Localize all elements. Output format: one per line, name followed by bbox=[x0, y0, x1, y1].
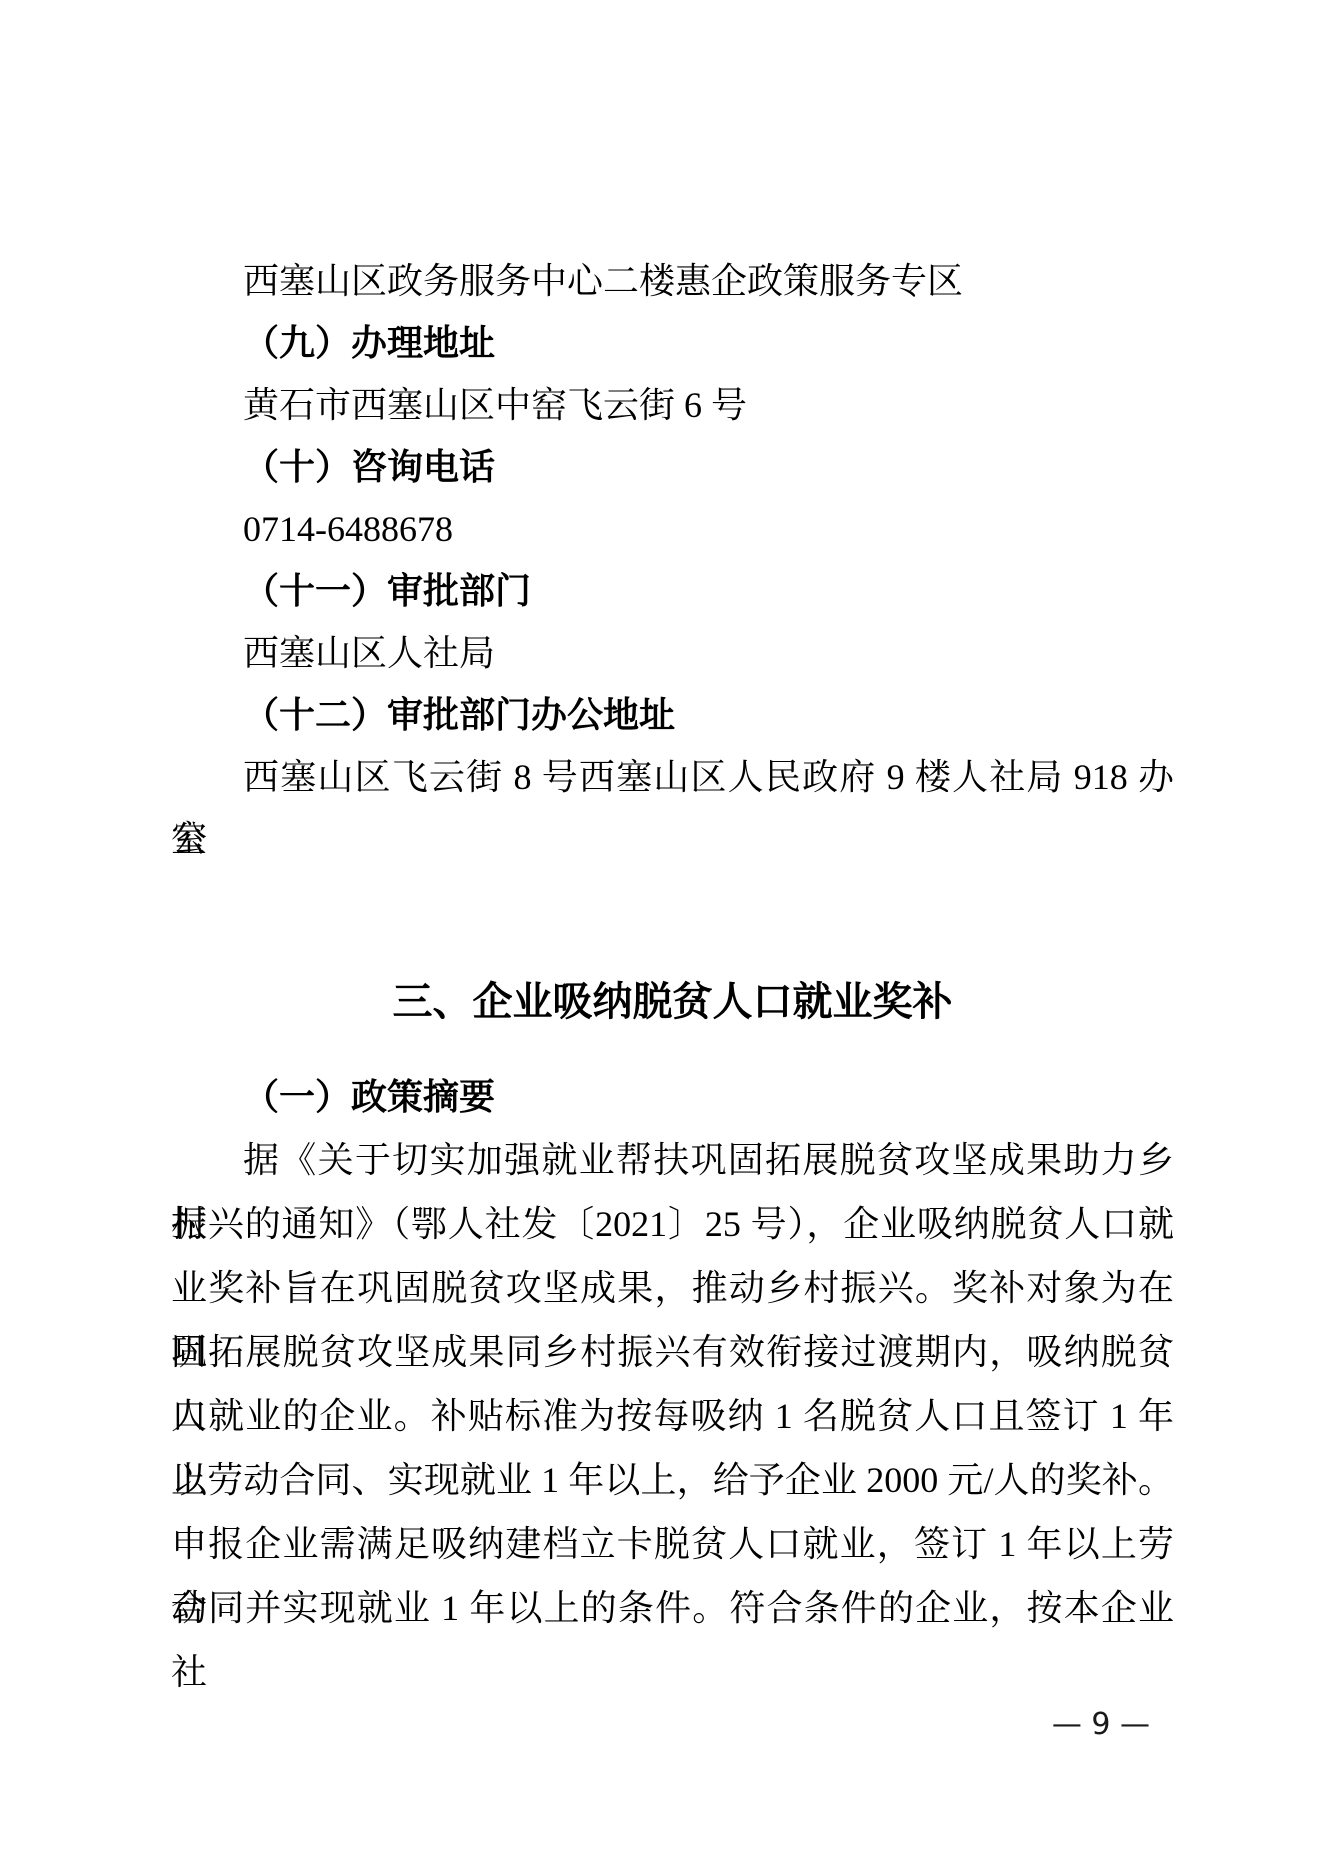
section-title: 三、企业吸纳脱贫人口就业奖补 bbox=[171, 971, 1174, 1033]
paragraph-line: 据《关于切实加强就业帮扶巩固拓展脱贫攻坚成果助力乡村 bbox=[171, 1128, 1174, 1192]
text-line-service-zone: 西塞山区政务服务中心二楼惠企政策服务专区 bbox=[171, 250, 1174, 312]
paragraph-line: 上劳动合同、实现就业 1 年以上，给予企业 2000 元/人的奖补。 bbox=[171, 1448, 1174, 1512]
subheading-12-approval-office-address: （十二）审批部门办公地址 bbox=[171, 684, 1174, 746]
text-line-office-address-continuation: 室 bbox=[171, 808, 1174, 870]
paragraph-line: 口就业的企业。补贴标准为按每吸纳 1 名脱贫人口且签订 1 年以 bbox=[171, 1384, 1174, 1448]
text-line-office-address: 西塞山区飞云街 8 号西塞山区人民政府 9 楼人社局 918 办公 bbox=[171, 746, 1174, 808]
text-line-handling-address: 黄石市西塞山区中窑飞云街 6 号 bbox=[171, 374, 1174, 436]
page-number: — 9 — bbox=[1052, 1705, 1150, 1745]
text-column: 西塞山区政务服务中心二楼惠企政策服务专区 （九）办理地址 黄石市西塞山区中窑飞云… bbox=[171, 250, 1174, 1640]
vertical-spacer bbox=[171, 870, 1174, 971]
vertical-spacer bbox=[171, 1033, 1174, 1066]
text-line-phone-number: 0714-6488678 bbox=[171, 498, 1174, 560]
subheading-policy-summary: （一）政策摘要 bbox=[171, 1066, 1174, 1128]
subheading-11-approval-department: （十一）审批部门 bbox=[171, 560, 1174, 622]
document-page: 西塞山区政务服务中心二楼惠企政策服务专区 （九）办理地址 黄石市西塞山区中窑飞云… bbox=[0, 0, 1323, 1871]
paragraph-line: 合同并实现就业 1 年以上的条件。符合条件的企业，按本企业社 bbox=[171, 1576, 1174, 1640]
paragraph-line: 业奖补旨在巩固脱贫攻坚成果，推动乡村振兴。奖补对象为在巩 bbox=[171, 1256, 1174, 1320]
subheading-9-handling-address: （九）办理地址 bbox=[171, 312, 1174, 374]
subheading-10-consult-phone: （十）咨询电话 bbox=[171, 436, 1174, 498]
paragraph-line: 申报企业需满足吸纳建档立卡脱贫人口就业，签订 1 年以上劳动 bbox=[171, 1512, 1174, 1576]
paragraph-line: 固拓展脱贫攻坚成果同乡村振兴有效衔接过渡期内，吸纳脱贫人 bbox=[171, 1320, 1174, 1384]
paragraph-line: 振兴的通知》（鄂人社发〔2021〕25 号），企业吸纳脱贫人口就 bbox=[171, 1192, 1174, 1256]
text-line-approval-department: 西塞山区人社局 bbox=[171, 622, 1174, 684]
